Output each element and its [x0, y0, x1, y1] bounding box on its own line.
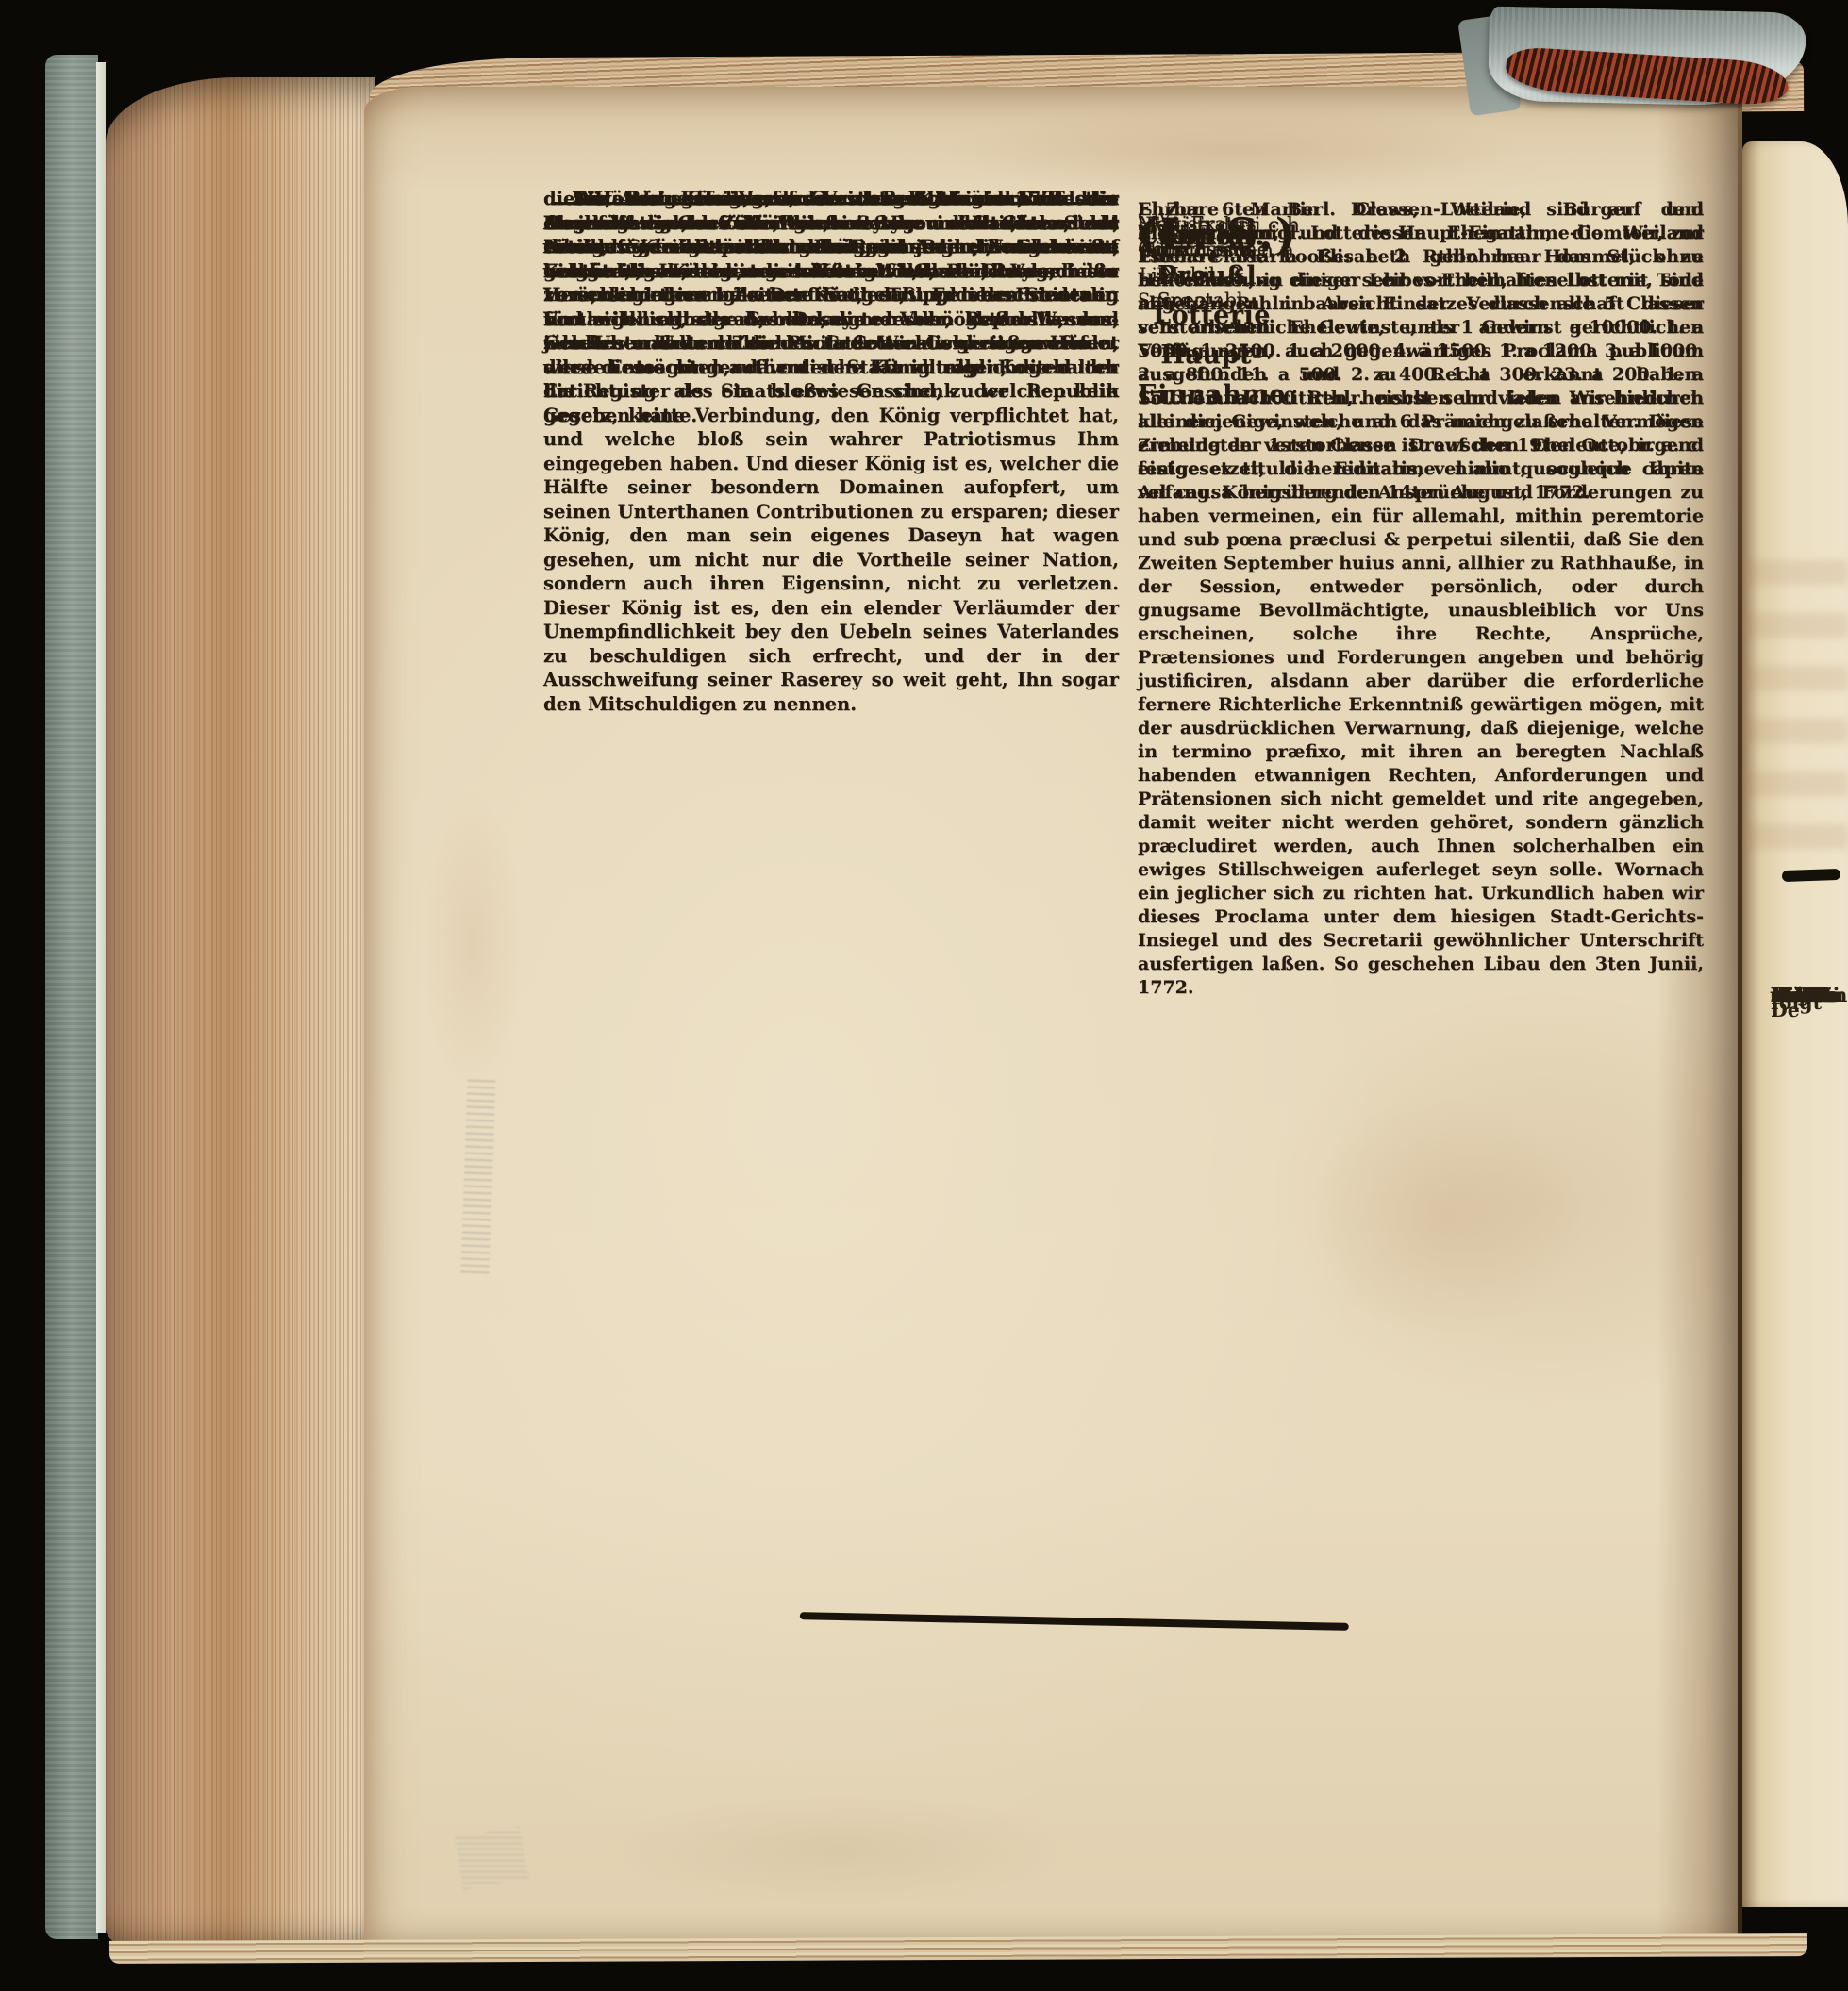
adjacent-page-sliver: LehBilduMatthDeBilduin derste Tudie Bbar… [1742, 141, 1848, 1907]
book-cover-lip [96, 62, 106, 1933]
margin-scribble [455, 1826, 529, 1889]
book-cover-edge [45, 55, 98, 1939]
page-fore-edge-stack [106, 77, 375, 1947]
show-through-stain [1742, 538, 1848, 849]
adjacent-page-rule [1782, 869, 1840, 882]
book-scan: LehBilduMatthDeBilduin derste Tudie Bbar… [0, 0, 1848, 1991]
paragraph: Wir Bürgermeistere, Gerichtsvoigt und Ra… [543, 187, 1119, 283]
closing-line: Comtoir. [1138, 217, 1264, 257]
